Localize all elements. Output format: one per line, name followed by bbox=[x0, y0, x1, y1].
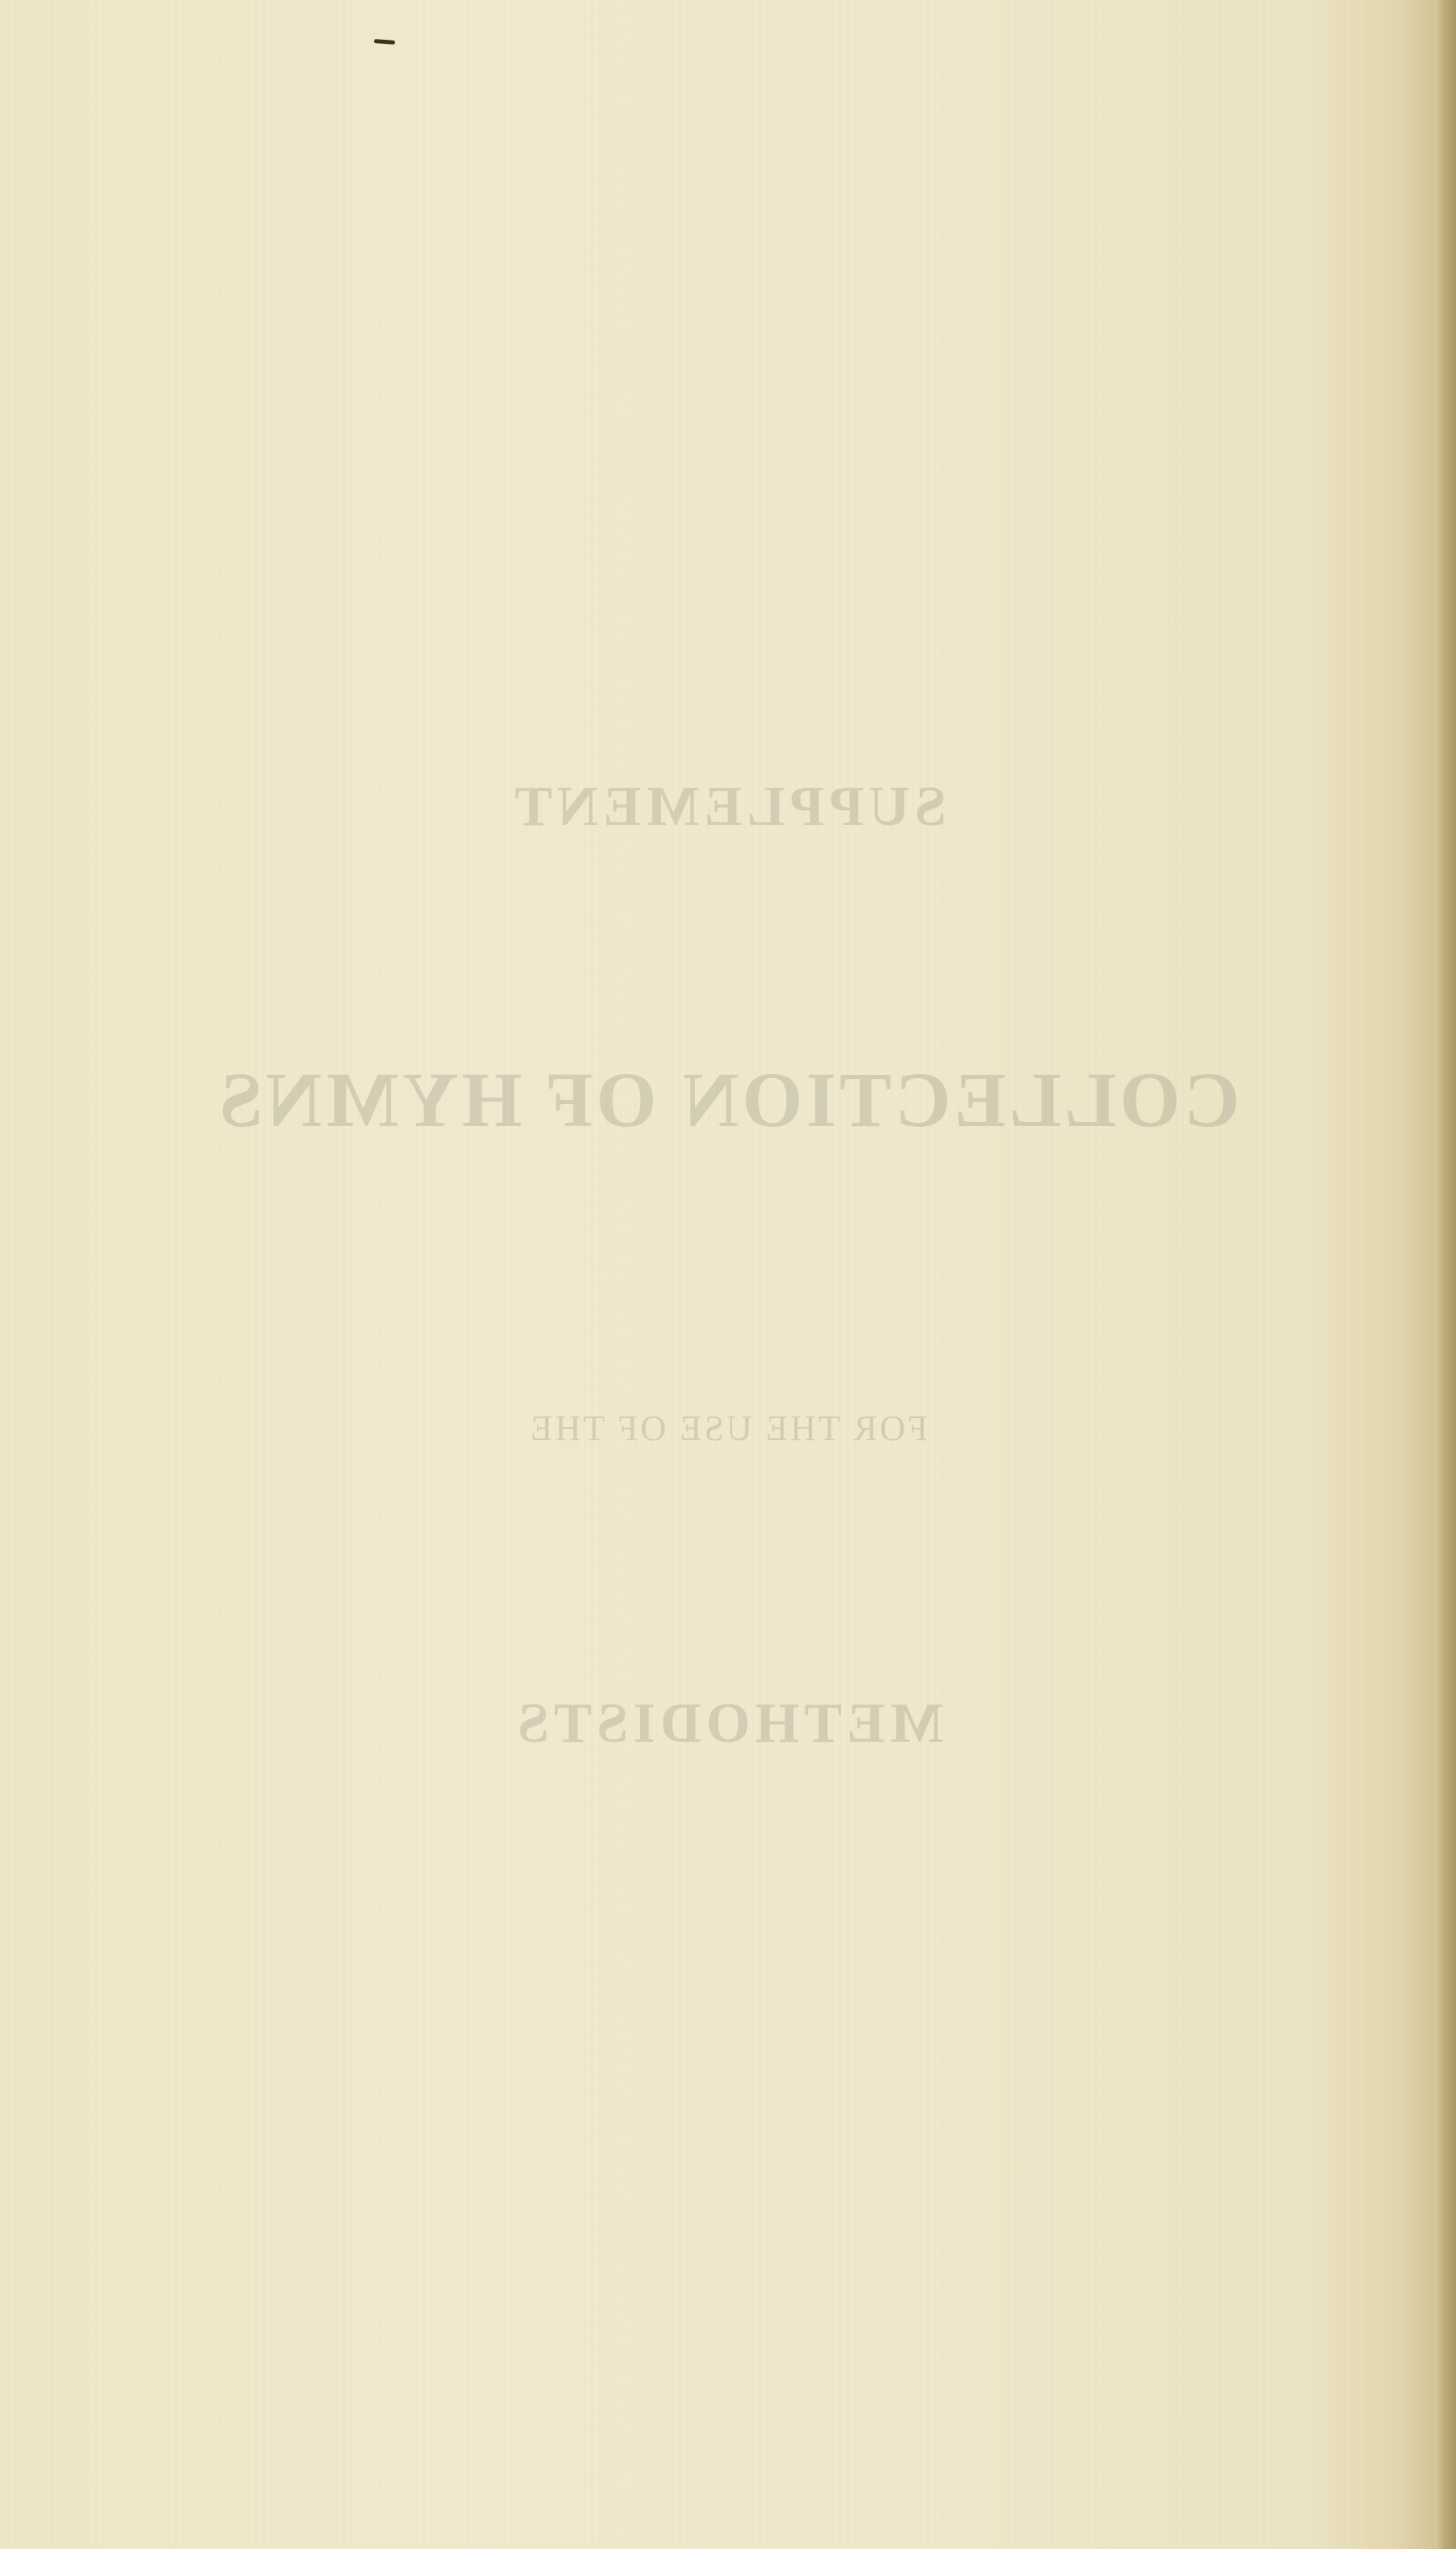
show-through-supplement: SUPPLEMENT bbox=[0, 775, 1456, 840]
show-through-for-the-use-of-the: FOR THE USE OF THE bbox=[0, 1408, 1456, 1449]
scanned-page: SUPPLEMENT COLLECTION OF HYMNS FOR THE U… bbox=[0, 0, 1456, 2549]
show-through-collection-of-hymns: COLLECTION OF HYMNS bbox=[0, 1055, 1456, 1145]
paper-texture bbox=[0, 0, 1456, 2549]
book-edge-shadow bbox=[1435, 0, 1456, 2549]
show-through-methodists: METHODISTS bbox=[0, 1691, 1456, 1756]
